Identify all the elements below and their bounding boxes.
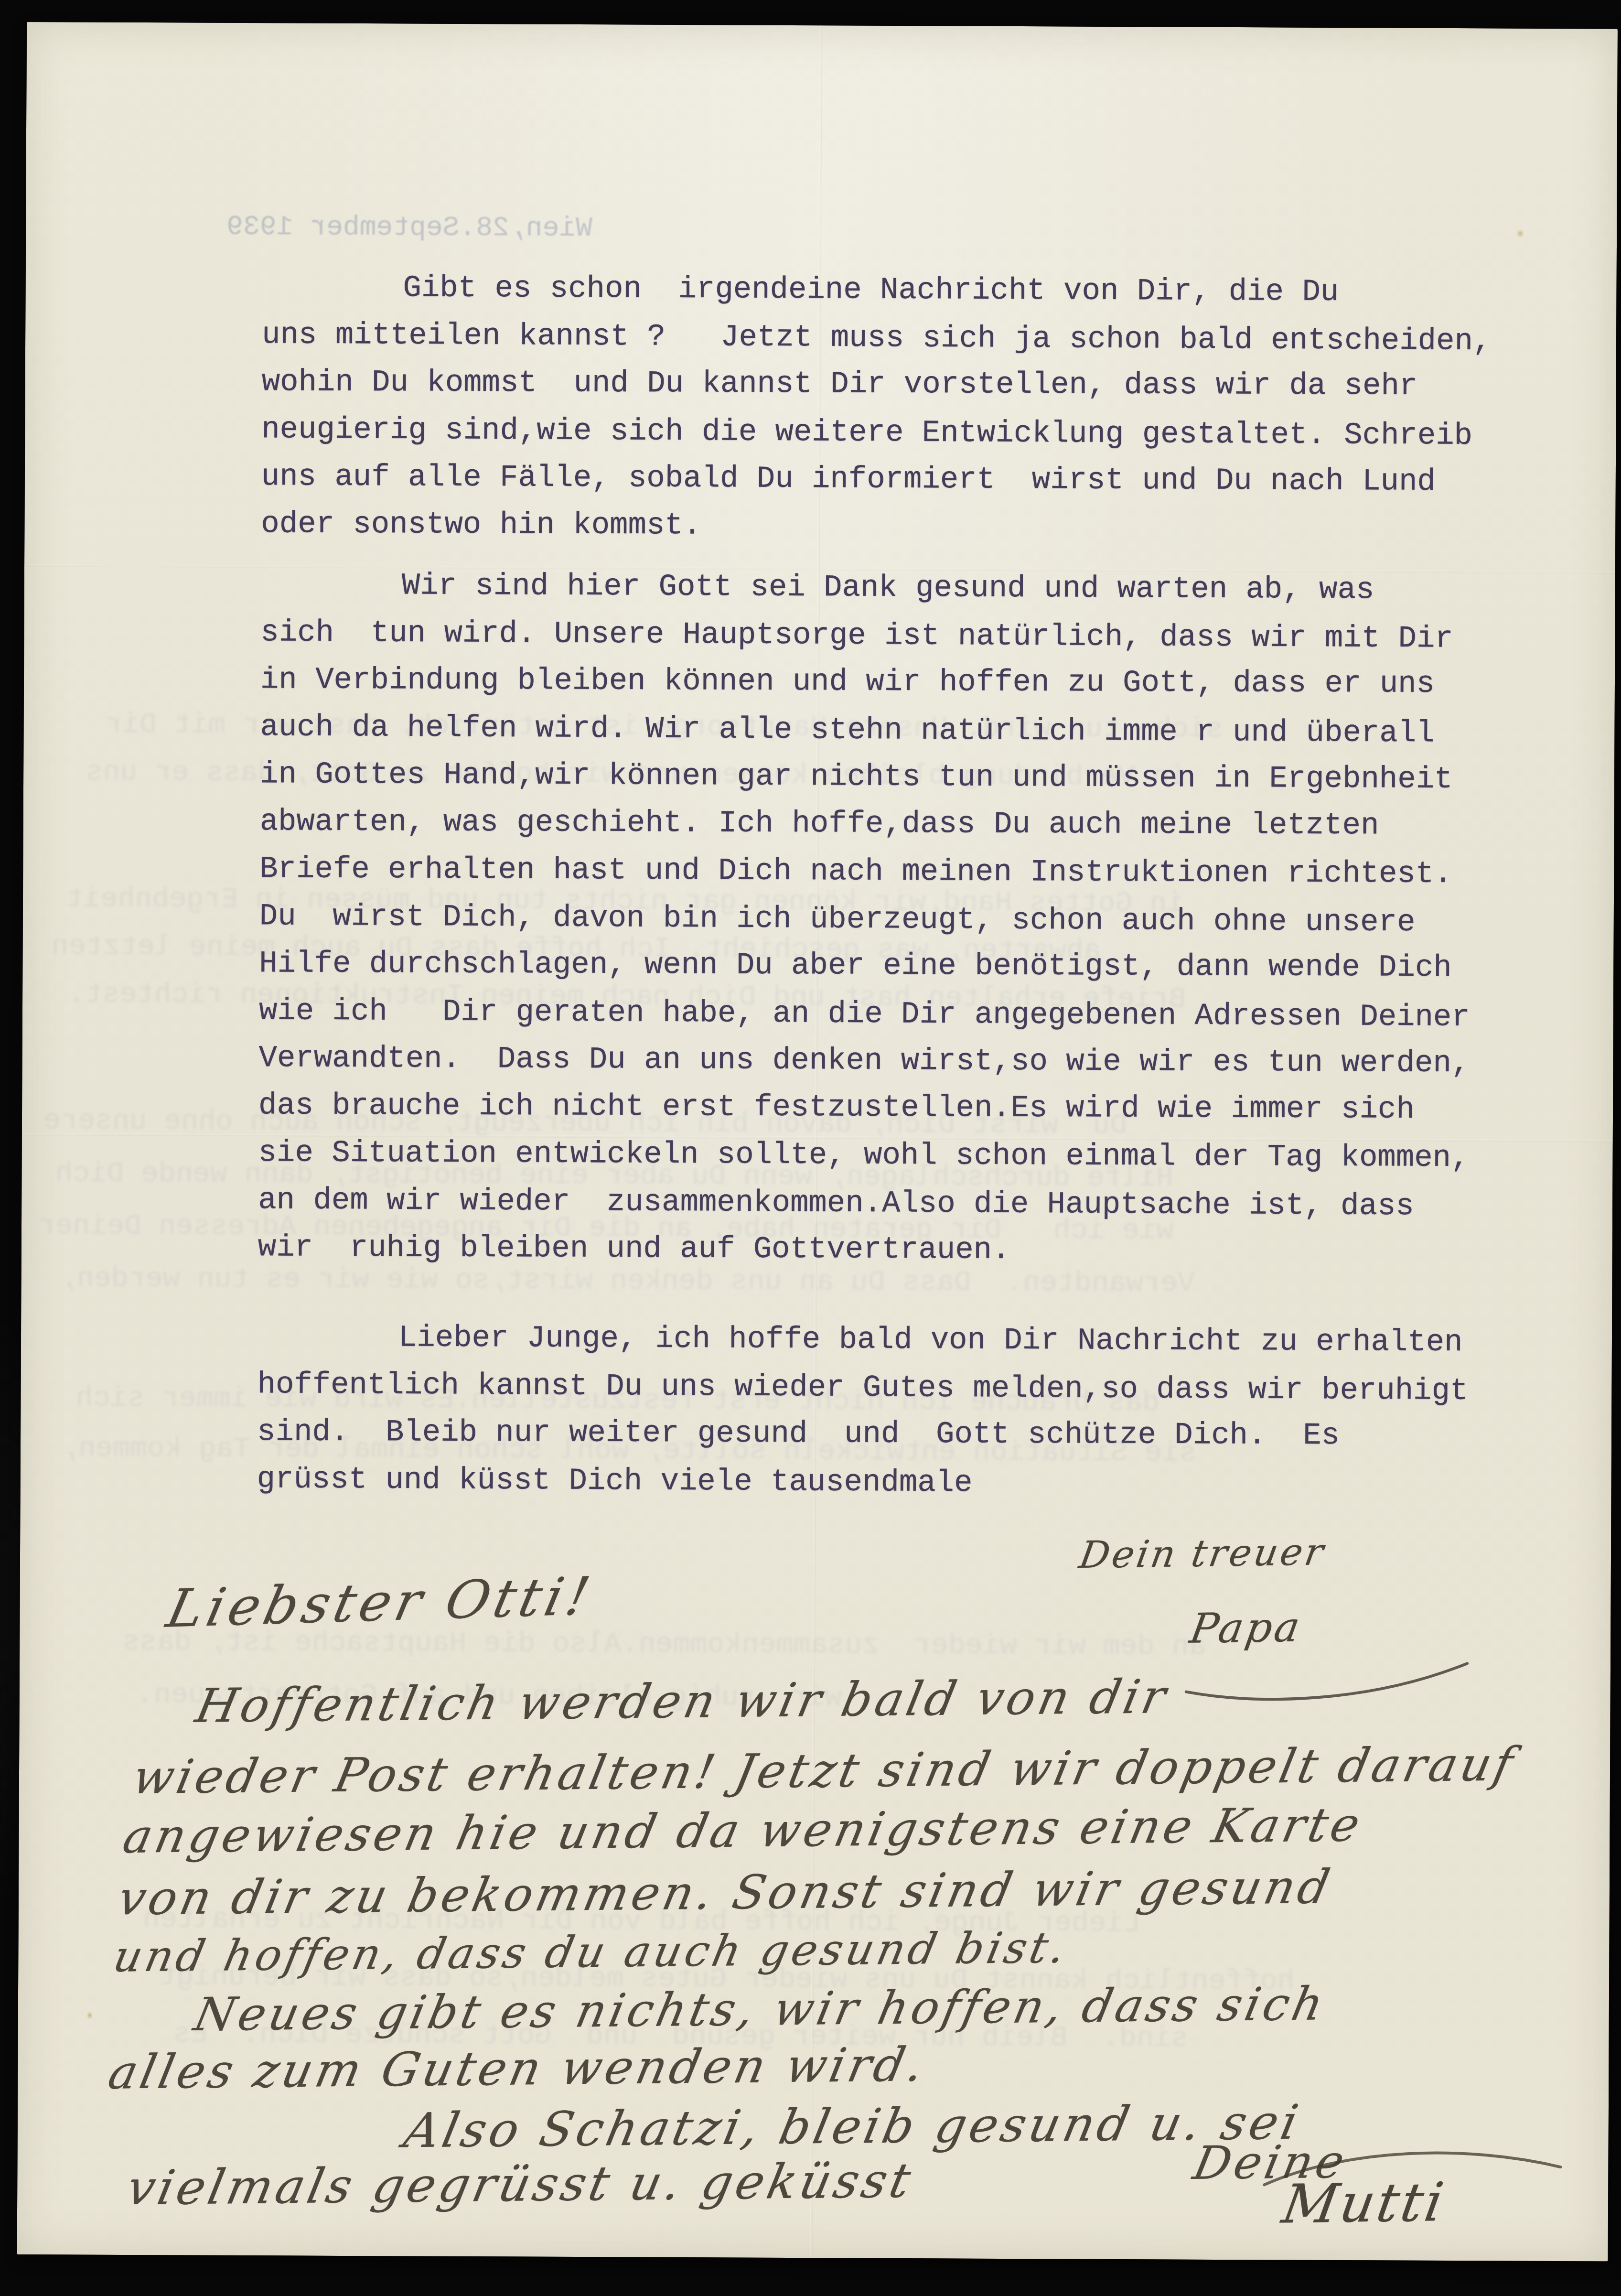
typed-line: sind. Bleib nur weiter gesund und Gott s… [257,1409,1547,1460]
typed-line: wohin Du kommst und Du kannst Dir vorste… [262,359,1552,410]
typed-line: das brauche ich nicht erst festzustellen… [258,1082,1548,1134]
father-signature-line1: Dein treuer [1076,1531,1329,1577]
paper-stain [1516,229,1524,238]
father-signature-line2: Papa [1187,1604,1306,1653]
typed-paragraph-3: Lieber Junge, ich hoffe bald von Dir Nac… [257,1314,1547,1509]
letter-page: Wien,28.September 1939 sich tun wird. Un… [17,22,1618,2261]
typed-line: Du wirst Dich, davon bin ich überzeugt, … [259,893,1549,948]
typed-line: Hilfe durchschlagen, wenn Du aber eine b… [259,940,1549,992]
bleed-through-date: Wien,28.September 1939 [226,212,592,244]
typed-paragraph-1: Gibt es schon irgendeine Nachricht von D… [261,264,1552,554]
handwritten-line: Neues gibt es nichts, wir hoffen, dass s… [190,1977,1331,2041]
handwritten-salutation: Liebster Otti! [161,1565,599,1639]
paper-stain [87,2010,92,2021]
handwritten-line: von dir zu bekommen. Sonst sind wir gesu… [114,1860,1337,1926]
typed-line: hoffentlich kannst Du uns wieder Gutes m… [257,1361,1547,1416]
typed-line: Wir sind hier Gott sei Dank gesund und w… [261,562,1551,615]
typed-line: wie ich Dir geraten habe, an die Dir ang… [259,988,1549,1042]
typed-line: uns mitteilen kannst ? Jetzt muss sich j… [262,312,1552,366]
typed-line: in Gottes Hand,wir können gar nichts tun… [260,751,1550,804]
typed-line: uns auf alle Fälle, sobald Du informiert… [261,453,1551,507]
typed-body: Gibt es schon irgendeine Nachricht von D… [257,264,1552,1509]
typed-line: grüsst und küsst Dich viele tausendmale [257,1456,1546,1510]
typed-line: oder sonstwo hin kommst. [261,501,1551,552]
handwritten-line: angewiesen hie und da wenigstens eine Ka… [118,1798,1368,1864]
handwritten-line: und hoffen, dass du auch gesund bist. [109,1923,1073,1982]
typed-line: wir ruhig bleiben und auf Gottvertrauen. [258,1224,1548,1276]
typed-line: neugierig sind,wie sich die weitere Entw… [261,406,1551,461]
handwritten-line: wieder Post erhalten! Jetzt sind wir dop… [128,1737,1521,1805]
typed-line: Briefe erhalten hast und Dich nach meine… [259,846,1549,899]
typed-line: sich tun wird. Unsere Hauptsorge ist nat… [260,609,1550,664]
typed-line: abwarten, was geschieht. Ich hoffe,dass … [260,798,1550,850]
mutter-signature: Mutti [1278,2171,1450,2235]
typed-paragraph-2: Wir sind hier Gott sei Dank gesund und w… [258,562,1551,1277]
handwritten-line: alles zum Guten wenden wird. [104,2037,932,2100]
typed-line: Lieber Junge, ich hoffe bald von Dir Nac… [258,1314,1547,1367]
typed-line: Verwandten. Dass Du an uns denken wirst,… [258,1035,1548,1088]
handwritten-line: Hoffentlich werden wir bald von dir [191,1670,1173,1733]
handwritten-line: vielmals gegrüsst u. geküsst [122,2153,919,2216]
typed-line: in Verbindung bleiben können und wir hof… [260,657,1550,708]
typed-line: auch da helfen wird. Wir alle stehn natü… [260,704,1550,758]
typed-line: an dem wir wieder zusammenkommen.Also di… [258,1177,1548,1231]
papa-flourish [1181,1652,1477,1706]
handwritten-line: Also Schatzi, bleib gesund u. sei [399,2094,1306,2159]
typed-line: Gibt es schon irgendeine Nachricht von D… [262,264,1552,317]
typed-line: sie Situation entwickeln sollte, wohl sc… [258,1130,1548,1183]
